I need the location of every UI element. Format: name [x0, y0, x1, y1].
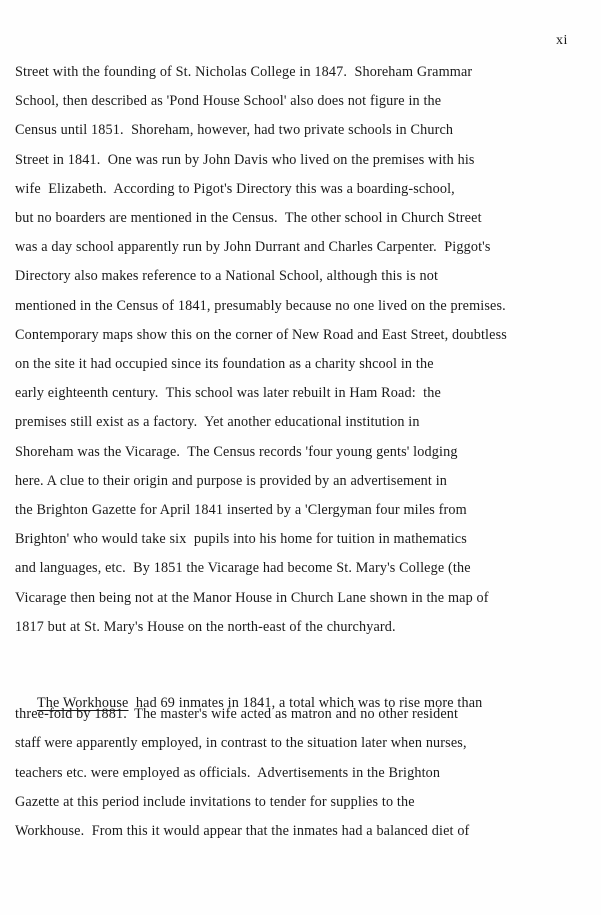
document-page: xi Street with the founding of St. Nicho… — [0, 0, 601, 915]
text-line: Brighton' who would take six pupils into… — [15, 530, 467, 548]
text-line: early eighteenth century. This school wa… — [15, 384, 441, 402]
text-line: the Brighton Gazette for April 1841 inse… — [15, 501, 467, 519]
text-line: wife Elizabeth. According to Pigot's Dir… — [15, 180, 455, 198]
text-line: Contemporary maps show this on the corne… — [15, 326, 507, 344]
text-line: here. A clue to their origin and purpose… — [15, 472, 447, 490]
text-line: premises still exist as a factory. Yet a… — [15, 413, 420, 431]
text-line: Census until 1851. Shoreham, however, ha… — [15, 121, 453, 139]
text-line: School, then described as 'Pond House Sc… — [15, 92, 441, 110]
text-line: Shoreham was the Vicarage. The Census re… — [15, 443, 458, 461]
text-line: Workhouse. From this it would appear tha… — [15, 822, 469, 840]
text-line: teachers etc. were employed as officials… — [15, 764, 440, 782]
text-line: three-fold by 1881. The master's wife ac… — [15, 705, 458, 723]
text-line: was a day school apparently run by John … — [15, 238, 491, 256]
text-line: but no boarders are mentioned in the Cen… — [15, 209, 482, 227]
page-number: xi — [556, 33, 568, 49]
text-line: and languages, etc. By 1851 the Vicarage… — [15, 559, 471, 577]
text-line: Gazette at this period include invitatio… — [15, 793, 415, 811]
text-line: Street in 1841. One was run by John Davi… — [15, 151, 475, 169]
text-line: Directory also makes reference to a Nati… — [15, 267, 438, 285]
text-line: mentioned in the Census of 1841, presuma… — [15, 297, 506, 315]
text-line: staff were apparently employed, in contr… — [15, 734, 467, 752]
text-line: Street with the founding of St. Nicholas… — [15, 63, 472, 81]
text-line: 1817 but at St. Mary's House on the nort… — [15, 618, 396, 636]
text-line: on the site it had occupied since its fo… — [15, 355, 434, 373]
text-line: Vicarage then being not at the Manor Hou… — [15, 589, 489, 607]
